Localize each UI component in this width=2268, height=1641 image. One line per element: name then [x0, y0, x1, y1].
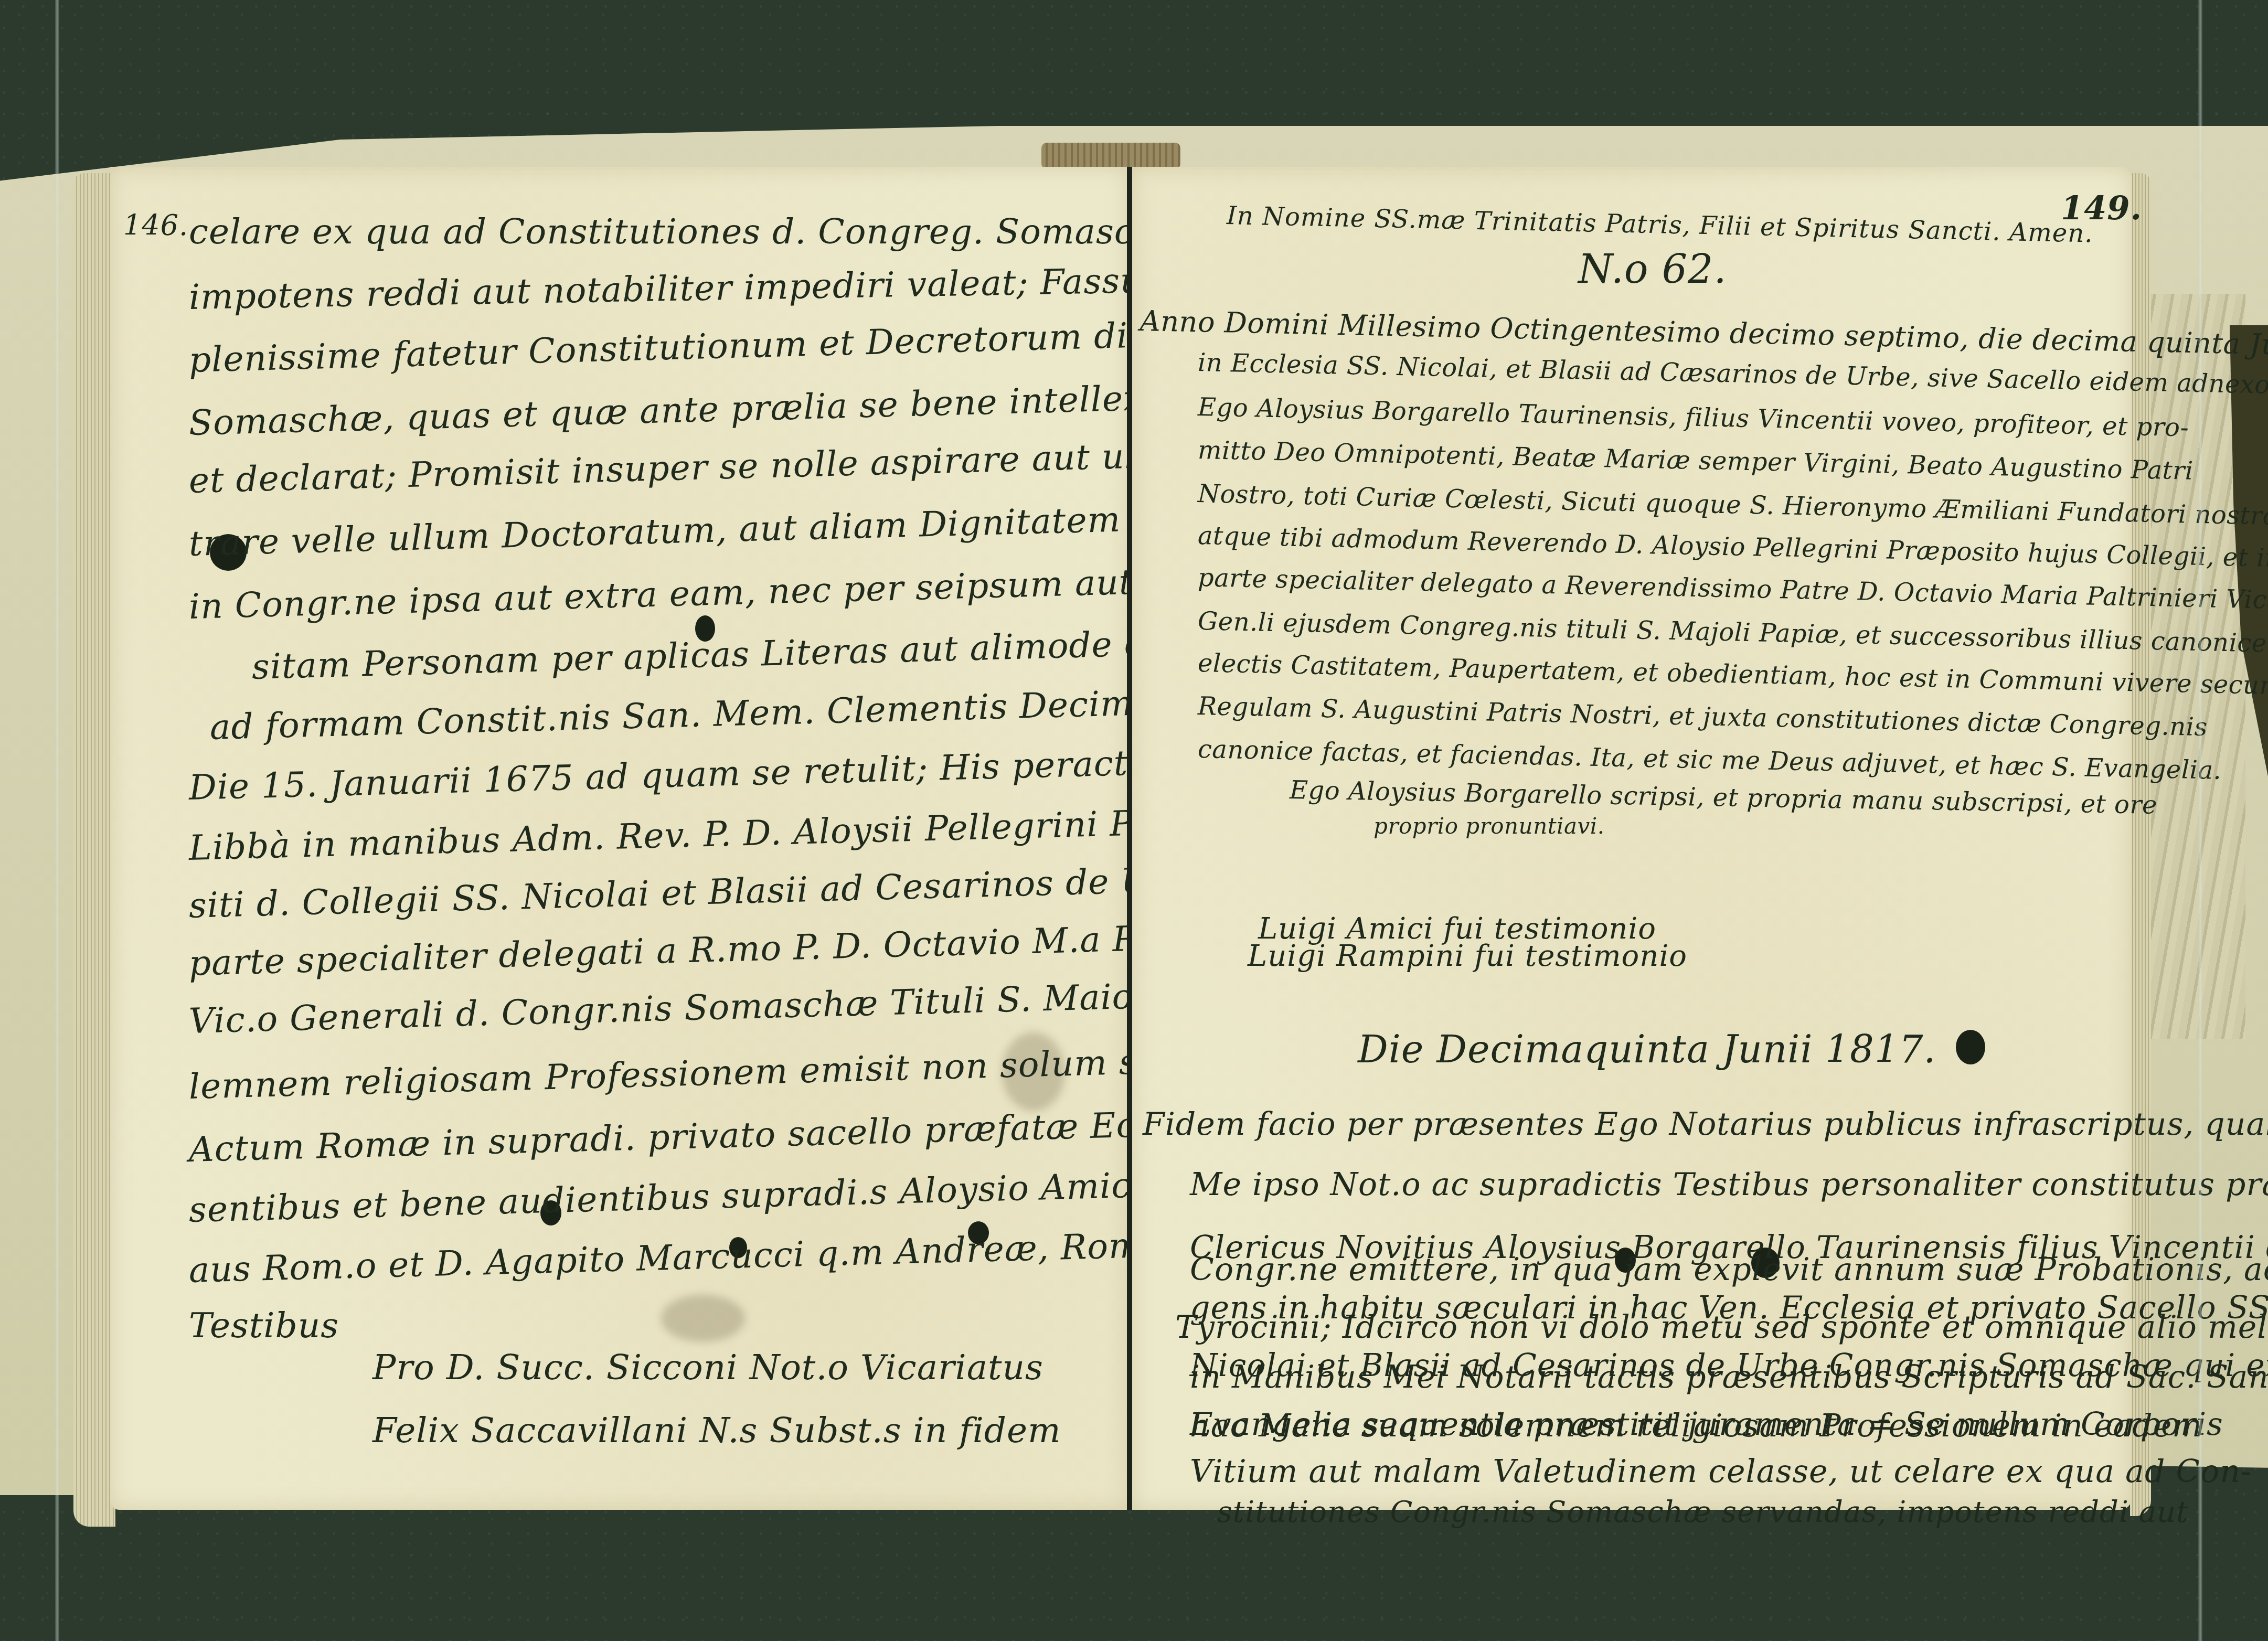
text-line: aus Rom.o et D. Agapito Marcucci q.m And… — [188, 1223, 1208, 1291]
record-number: N.o 62. — [1578, 246, 1727, 292]
stain — [661, 1295, 745, 1342]
signature-line: Pro D. Succ. Sicconi Not.o Vicariatus — [372, 1347, 1044, 1388]
page-number: 146. — [123, 209, 188, 242]
left-page-edges — [73, 173, 115, 1527]
right-page: In Nomine SS.mæ Trinitatis Patris, Filii… — [1132, 167, 2132, 1510]
text-line: Congr.ne emittere, in qua jam explevit a… — [1190, 1251, 2268, 1288]
glass-edge — [55, 0, 59, 1641]
text-line: Die 15. Januarii 1675 ad quam se retulit… — [188, 740, 1261, 808]
text-line: stitutiones Congr.nis Somaschæ servandas… — [1217, 1495, 2189, 1529]
text-line: Vitium aut malam Valetudinem celasse, ut… — [1190, 1453, 2252, 1490]
text-line: Fidem facio per præsentes Ego Notarius p… — [1143, 1106, 2268, 1143]
page-number: 149. — [2061, 189, 2142, 227]
text-line: Libbà in manibus Adm. Rev. P. D. Aloysii… — [188, 801, 1240, 868]
text-line: Gen.li ejusdem Congreg.nis tituli S. Maj… — [1197, 606, 2267, 658]
text-line: in Manibus Mei Notarii tactis præsentibu… — [1190, 1359, 2268, 1395]
date-heading: Die Decimaquinta Junii 1817. — [1358, 1027, 1936, 1071]
text-line: parte specialiter delegato a Reverendiss… — [1197, 563, 2268, 616]
subscription-line: proprio pronuntiavi. — [1373, 813, 1605, 839]
text-line: Testibus — [189, 1305, 339, 1346]
text-line: Ego Aloysius Borgarello Taurinensis, fil… — [1197, 392, 2189, 443]
ink-blot — [1956, 1030, 1985, 1064]
invocation-heading: In Nomine SS.mæ Trinitatis Patris, Filii… — [1226, 201, 2093, 249]
signature-line: Felix Saccavillani N.s Subst.s in fidem — [372, 1410, 1061, 1451]
text-line: Evangelia sequentia præstitit juramenta … — [1190, 1406, 2223, 1443]
text-line: Nostro, toti Curiæ Cœlesti, Sicuti quoqu… — [1197, 479, 2268, 531]
binding-cord — [1041, 143, 1180, 169]
text-line: Me ipso Not.o ac supradictis Testibus pe… — [1190, 1166, 2268, 1203]
text-line: Tyrocinii; Idcirco non vi dolo metu sed … — [1175, 1309, 2268, 1346]
witness-signature: Luigi Rampini fui testimonio — [1248, 939, 1687, 973]
text-line: mitto Deo Omnipotenti, Beatæ Mariæ sempe… — [1197, 435, 2194, 486]
text-line: Regulam S. Augustini Patris Nostri, et j… — [1197, 691, 2208, 742]
glass-edge — [2198, 0, 2202, 1641]
right-endpaper — [2146, 294, 2245, 1039]
text-line: electis Castitatem, Paupertatem, et obed… — [1197, 648, 2268, 701]
left-page: 146. celare ex qua ad Constitutiones d. … — [110, 167, 1128, 1510]
